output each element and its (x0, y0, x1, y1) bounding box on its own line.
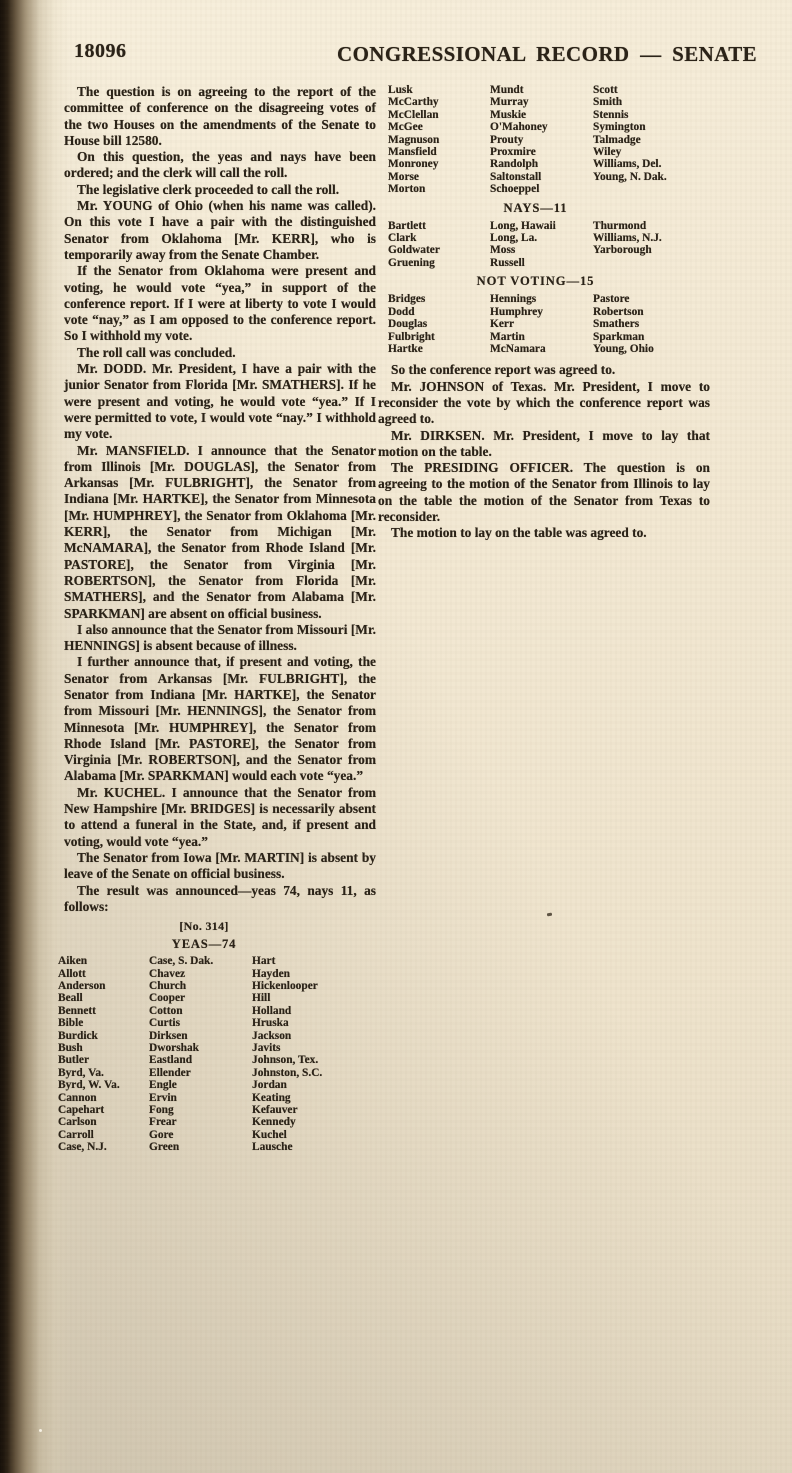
left-column: The question is on agreeing to the repor… (64, 84, 376, 1154)
senator-name: Williams, Del. (593, 158, 710, 170)
senator-name: Dworshak (149, 1042, 252, 1054)
senator-name: Thurmond (593, 220, 710, 232)
senator-name: Bush (58, 1042, 149, 1054)
yeas-continued-column-3: ScottSmithStennisSymingtonTalmadgeWileyW… (593, 84, 710, 196)
senator-name: Mansfield (388, 146, 490, 158)
paragraph: I also announce that the Senator from Mi… (64, 622, 376, 655)
senator-name: Stennis (593, 109, 710, 121)
senator-name: McNamara (490, 343, 593, 355)
senator-name: Yarborough (593, 244, 710, 256)
senator-name: Keating (252, 1092, 376, 1104)
paragraph: Mr. MANSFIELD. I announce that the Senat… (64, 443, 376, 622)
yeas-column-2: Case, S. Dak.ChavezChurchCooperCottonCur… (149, 955, 252, 1154)
left-column-paragraphs: The question is on agreeing to the repor… (64, 84, 376, 915)
senator-name: Gore (149, 1129, 252, 1141)
senator-name: Goldwater (388, 244, 490, 256)
senator-name: Butler (58, 1054, 149, 1066)
senator-name: Lusk (388, 84, 490, 96)
senator-name: Case, N.J. (58, 1141, 149, 1153)
senator-name: Robertson (593, 306, 710, 318)
senator-name: O'Mahoney (490, 121, 593, 133)
senator-name: Wiley (593, 146, 710, 158)
senator-name: Morse (388, 171, 490, 183)
paragraph: The result was announced—yeas 74, nays 1… (64, 883, 376, 916)
senator-name: Saltonstall (490, 171, 593, 183)
paragraph: Mr. KUCHEL. I announce that the Senator … (64, 785, 376, 850)
not-voting-column-3: PastoreRobertsonSmathersSparkmanYoung, O… (593, 293, 710, 355)
senator-name: Javits (252, 1042, 376, 1054)
senator-name: Cotton (149, 1005, 252, 1017)
right-column: LuskMcCarthyMcClellanMcGeeMagnusonMansfi… (378, 84, 710, 542)
paragraph: Mr. JOHNSON of Texas. Mr. President, I m… (378, 379, 710, 428)
senator-name: Smathers (593, 318, 710, 330)
names-list-yeas-continued: LuskMcCarthyMcClellanMcGeeMagnusonMansfi… (378, 84, 710, 196)
senator-name: Case, S. Dak. (149, 955, 252, 967)
senator-name: Frear (149, 1116, 252, 1128)
yeas-heading: YEAS—74 (64, 937, 344, 952)
senator-name: Randolph (490, 158, 593, 170)
paragraph: The Senator from Iowa [Mr. MARTIN] is ab… (64, 850, 376, 883)
senator-name: Kuchel (252, 1129, 376, 1141)
senator-name: Dirksen (149, 1030, 252, 1042)
senator-name: Fulbright (388, 331, 490, 343)
senator-name: Murray (490, 96, 593, 108)
senator-name: Martin (490, 331, 593, 343)
senator-name: Talmadge (593, 134, 710, 146)
nays-column-1: BartlettClarkGoldwaterGruening (388, 220, 490, 270)
senator-name: Schoeppel (490, 183, 593, 195)
senator-name: Cooper (149, 992, 252, 1004)
senator-name: Ervin (149, 1092, 252, 1104)
senator-name: Allott (58, 968, 149, 980)
senator-name: Moss (490, 244, 593, 256)
senator-name: Hayden (252, 968, 376, 980)
senator-name: Hruska (252, 1017, 376, 1029)
paragraph: If the Senator from Oklahoma were presen… (64, 263, 376, 344)
senator-name: Dodd (388, 306, 490, 318)
senator-name: Douglas (388, 318, 490, 330)
senator-name: Capehart (58, 1104, 149, 1116)
senator-name: Aiken (58, 955, 149, 967)
names-list-not-voting: BridgesDoddDouglasFulbrightHartke Hennin… (378, 293, 710, 355)
senator-name: Williams, N.J. (593, 232, 710, 244)
paragraph: The PRESIDING OFFICER. The question is o… (378, 460, 710, 525)
nays-column-3: ThurmondWilliams, N.J.Yarborough (593, 220, 710, 270)
senator-name: Russell (490, 257, 593, 269)
senator-name: Church (149, 980, 252, 992)
vote-number-label: [No. 314] (64, 919, 344, 934)
senator-name: Johnston, S.C. (252, 1067, 376, 1079)
senator-name: Anderson (58, 980, 149, 992)
senator-name: Scott (593, 84, 710, 96)
senator-name: Jordan (252, 1079, 376, 1091)
paragraph: On this question, the yeas and nays have… (64, 149, 376, 182)
paragraph: Mr. DIRKSEN. Mr. President, I move to la… (378, 428, 710, 461)
yeas-column-1: AikenAllottAndersonBeallBennettBibleBurd… (58, 955, 149, 1154)
senator-name: Proxmire (490, 146, 593, 158)
senator-name: Clark (388, 232, 490, 244)
paragraph: The question is on agreeing to the repor… (64, 84, 376, 149)
senator-name: Bible (58, 1017, 149, 1029)
names-list-nays: BartlettClarkGoldwaterGruening Long, Haw… (378, 220, 710, 270)
senator-name: Hennings (490, 293, 593, 305)
ink-speck (547, 913, 552, 917)
senator-name: Burdick (58, 1030, 149, 1042)
paper-speck (39, 1429, 42, 1432)
paragraph: Mr. YOUNG of Ohio (when his name was cal… (64, 198, 376, 263)
senator-name: Green (149, 1141, 252, 1153)
senator-name: Monroney (388, 158, 490, 170)
senator-name: Kefauver (252, 1104, 376, 1116)
senator-name: Mundt (490, 84, 593, 96)
senator-name: Cannon (58, 1092, 149, 1104)
senator-name: Eastland (149, 1054, 252, 1066)
yeas-continued-column-2: MundtMurrayMuskieO'MahoneyProutyProxmire… (490, 84, 593, 196)
senator-name: McClellan (388, 109, 490, 121)
paragraph: The motion to lay on the table was agree… (378, 525, 710, 541)
senator-name: Morton (388, 183, 490, 195)
names-list-yeas: AikenAllottAndersonBeallBennettBibleBurd… (58, 955, 376, 1154)
senator-name: Ellender (149, 1067, 252, 1079)
senator-name: Hickenlooper (252, 980, 376, 992)
page-number: 18096 (74, 40, 127, 63)
yeas-column-3: HartHaydenHickenlooperHillHollandHruskaJ… (252, 955, 376, 1154)
right-column-paragraphs: So the conference report was agreed to.M… (378, 362, 710, 541)
senator-name: Long, La. (490, 232, 593, 244)
senator-name: Bennett (58, 1005, 149, 1017)
spacer (378, 355, 710, 362)
yeas-continued-column-1: LuskMcCarthyMcClellanMcGeeMagnusonMansfi… (388, 84, 490, 196)
not-voting-column-2: HenningsHumphreyKerrMartinMcNamara (490, 293, 593, 355)
senator-name: Beall (58, 992, 149, 1004)
senator-name: McGee (388, 121, 490, 133)
senator-name: Humphrey (490, 306, 593, 318)
senator-name: Kerr (490, 318, 593, 330)
senator-name: Hill (252, 992, 376, 1004)
senator-name: Smith (593, 96, 710, 108)
paragraph: Mr. DODD. Mr. President, I have a pair w… (64, 361, 376, 442)
senator-name: Jackson (252, 1030, 376, 1042)
senator-name: Pastore (593, 293, 710, 305)
senator-name: Symington (593, 121, 710, 133)
senator-name: Young, Ohio (593, 343, 710, 355)
senator-name: Long, Hawaii (490, 220, 593, 232)
senator-name: Carroll (58, 1129, 149, 1141)
senator-name: Fong (149, 1104, 252, 1116)
senator-name: Bridges (388, 293, 490, 305)
senator-name: Carlson (58, 1116, 149, 1128)
senator-name: Curtis (149, 1017, 252, 1029)
paper-title: CONGRESSIONAL RECORD — SENATE (337, 42, 757, 67)
senator-name: Kennedy (252, 1116, 376, 1128)
senator-name: Hart (252, 955, 376, 967)
nays-column-2: Long, HawaiiLong, La.MossRussell (490, 220, 593, 270)
senator-name: Chavez (149, 968, 252, 980)
nays-heading: NAYS—11 (378, 201, 693, 216)
senator-name: Gruening (388, 257, 490, 269)
senator-name: Magnuson (388, 134, 490, 146)
senator-name: Hartke (388, 343, 490, 355)
senator-name: Byrd, Va. (58, 1067, 149, 1079)
senator-name: Johnson, Tex. (252, 1054, 376, 1066)
senator-name: Prouty (490, 134, 593, 146)
senator-name: Engle (149, 1079, 252, 1091)
senator-name: McCarthy (388, 96, 490, 108)
congressional-record-page: 18096 CONGRESSIONAL RECORD — SENATE The … (0, 0, 792, 1473)
paragraph: I further announce that, if present and … (64, 654, 376, 784)
senator-name: Lausche (252, 1141, 376, 1153)
paragraph: The roll call was concluded. (64, 345, 376, 361)
senator-name: Bartlett (388, 220, 490, 232)
senator-name: Young, N. Dak. (593, 171, 710, 183)
not-voting-column-1: BridgesDoddDouglasFulbrightHartke (388, 293, 490, 355)
paragraph: So the conference report was agreed to. (378, 362, 710, 378)
senator-name: Muskie (490, 109, 593, 121)
senator-name: Byrd, W. Va. (58, 1079, 149, 1091)
paragraph: The legislative clerk proceeded to call … (64, 182, 376, 198)
senator-name: Holland (252, 1005, 376, 1017)
not-voting-heading: NOT VOTING—15 (378, 274, 693, 289)
senator-name: Sparkman (593, 331, 710, 343)
